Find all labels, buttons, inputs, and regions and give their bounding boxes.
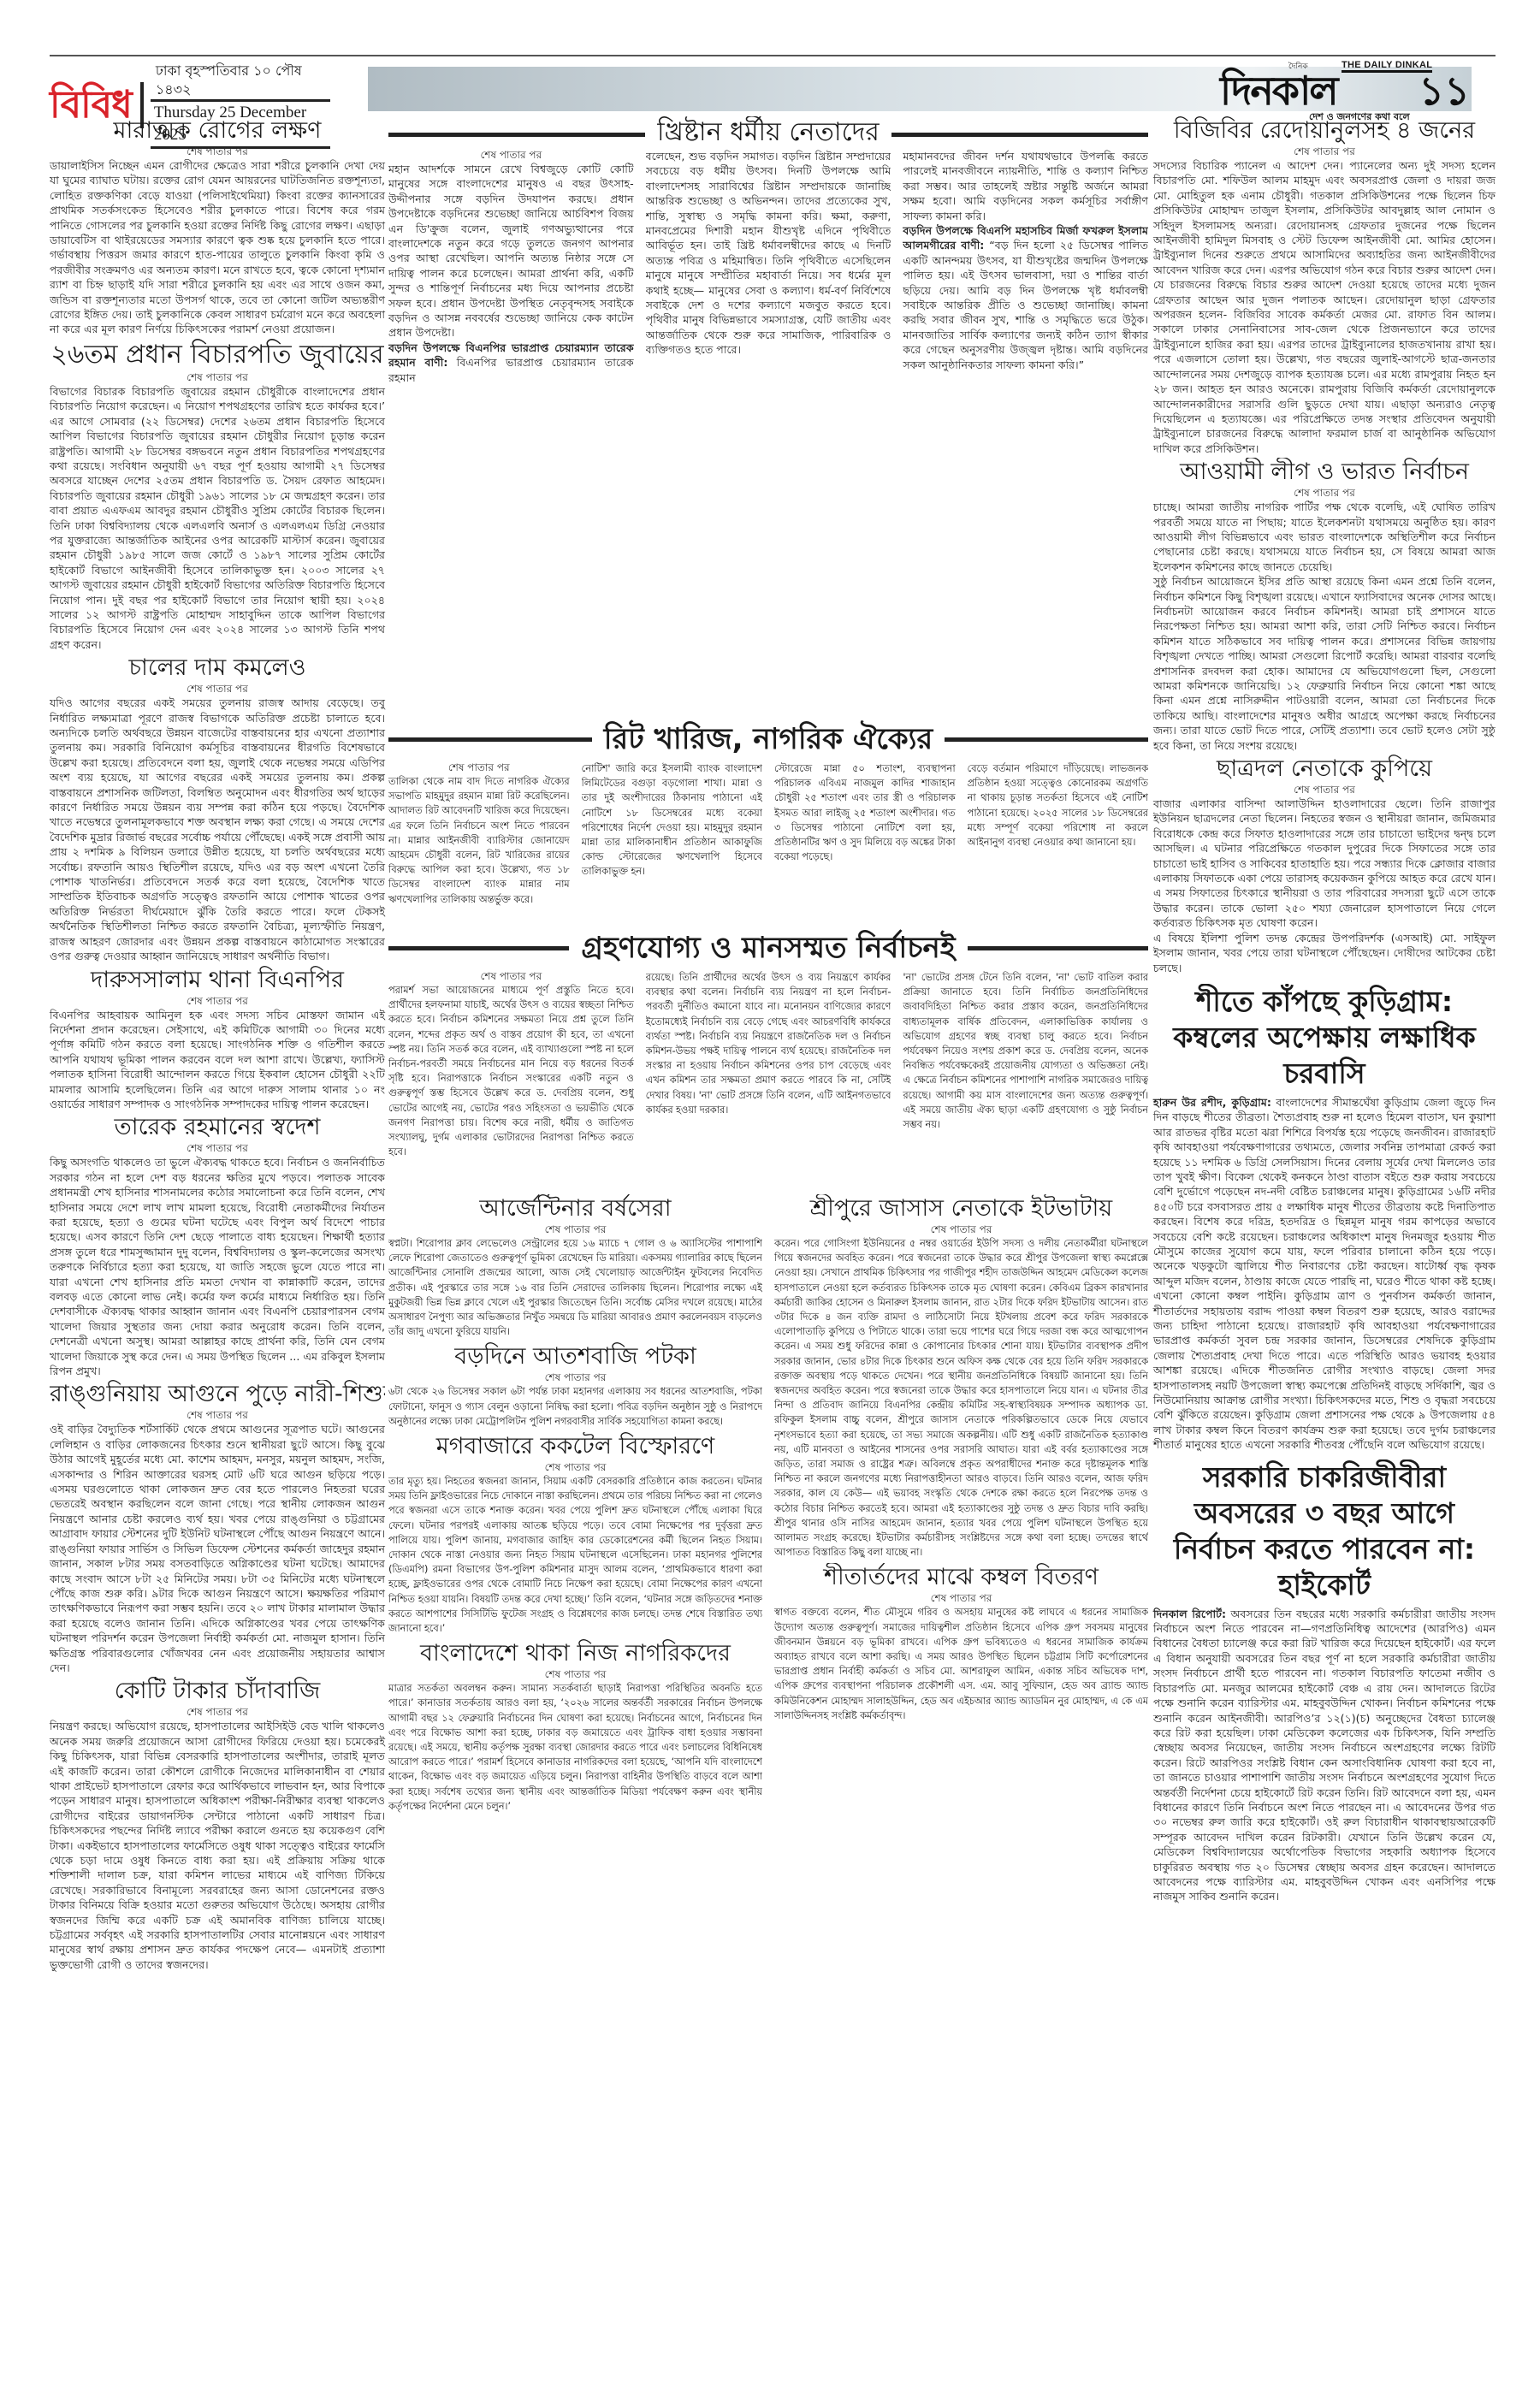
headline: রাঙ্গুনিয়ায় আগুনে পুড়ে নারী-শিশুর (50, 1380, 385, 1409)
decorative-rule (968, 946, 1148, 950)
continued-label: শেষ পাতার পর (50, 145, 385, 158)
article-fireworks: বড়দিনে আতশবাজি পটকা শেষ পাতার পর ৬টা থে… (388, 1342, 762, 1429)
article-body: স্টোরেজে মান্না ৫০ শতাংশ, ব্যবস্থাপনা পর… (774, 761, 956, 864)
headline: আর্জেন্টিনার বর্ষসেরা (388, 1194, 762, 1223)
continued-label: শেষ পাতার পর (50, 1706, 385, 1719)
article-body: তার মৃত্যু হয়। নিহতের স্বজনরা জানান, সি… (388, 1474, 762, 1636)
article-body: ৬টা থেকে ২৬ ডিসেম্বর সকাল ৬টা পর্যন্ত ঢা… (388, 1384, 762, 1429)
article-body: সদস্যের বিচারিক প্যানেল এ আদেশ দেন। প্যা… (1153, 158, 1496, 456)
continued-label: শেষ পাতার পর (1153, 145, 1496, 158)
continued-label: শেষ পাতার পর (388, 1668, 762, 1681)
article-body: রয়েছে। তিনি প্রার্থীদের অর্থের উৎস ও ব্… (646, 970, 891, 1117)
continued-label: শেষ পাতার পর (50, 1142, 385, 1155)
article-body: স্বপ্নটা। শিরোপার ক্লাব লেভেলেও সেন্ট্রা… (388, 1236, 762, 1339)
article-body: স্বাগত বক্তব্যে বলেন, শীত মৌসুমে গরিব ও … (774, 1605, 1148, 1723)
headline: বিজিবির রেদোয়ানুলসহ ৪ জনের (1153, 116, 1496, 145)
headline: তারেক রহমানের স্বদেশ (50, 1113, 385, 1142)
article-tarique-return: তারেক রহমানের স্বদেশ শেষ পাতার পর কিছু অ… (50, 1113, 385, 1378)
decorative-rule (388, 133, 645, 137)
article-body: ওই বাড়ির বৈদ্যুতিক শর্টসার্কিট থেকে প্র… (50, 1422, 385, 1675)
headline: কোটি টাকার চাঁদাবাজি (50, 1677, 385, 1706)
paper-name: দিনকাল (1220, 67, 1337, 115)
article-body: 'না' ভোটের প্রসঙ্গ টেনে তিনি বলেন, 'না' … (903, 970, 1148, 1132)
article-body: তালিকা থেকে নাম বাদ দিতে নাগরিক ঐক্যের স… (388, 774, 570, 907)
article-writ-dismissed: রিট খারিজ, নাগরিক ঐক্যের শেষ পাতার পর তা… (388, 720, 1148, 922)
byline: দিনকাল রিপোর্ট: (1153, 1607, 1226, 1620)
headline: সরকারি চাকরিজীবীরা অবসরের ৩ বছর আগে নির্… (1153, 1459, 1496, 1603)
article-acceptable-election: গ্রহণযোগ্য ও মানসম্মত নির্বাচনই শেষ পাতা… (388, 929, 1148, 1189)
headline: মগবাজারে ককটেল বিস্ফোরণে (388, 1432, 762, 1461)
article-body: বিভাগের বিচারক বিচারপতি জুবায়ের রহমান চ… (50, 384, 385, 652)
article-rangunia-fire: রাঙ্গুনিয়ায় আগুনে পুড়ে নারী-শিশুর শেষ… (50, 1380, 385, 1675)
continued-label: শেষ পাতার পর (388, 761, 570, 774)
headline: দারুসসালাম থানা বিএনপির (50, 966, 385, 995)
article-body: নোটিশ' জারি করে ইসলামী ব্যাংক বাংলাদেশ ল… (582, 761, 763, 879)
article-body: যদিও আগের বছরের একই সময়ের তুলনায় রাজস্… (50, 696, 385, 963)
article-body: কিছু অসংগতি থাকলেও তা ভুলে ঐক্যবদ্ধ থাকত… (50, 1155, 385, 1378)
page-number: ১১ (1419, 67, 1470, 115)
headline: শীতার্তদের মাঝে কম্বল বিতরণ (774, 1563, 1148, 1592)
article-body: নিয়ন্ত্রণ করছে। অভিযোগ রয়েছে, হাসপাতাল… (50, 1719, 385, 1972)
center-column: খ্রিষ্টান ধর্মীয় নেতাদের শেষ পাতার পর ম… (388, 116, 1148, 2245)
headline: শীতে কাঁপছে কুড়িগ্রাম: কম্বলের অপেক্ষায… (1153, 984, 1496, 1092)
article-body: মহান আদর্শকে সামনে রেখে বিশ্বজুড়ে কোটি … (388, 162, 634, 340)
article-body: বড়দিন উপলক্ষে বিএনপির ভারপ্রাপ্ত চেয়ার… (388, 340, 634, 385)
headline: খ্রিষ্টান ধর্মীয় নেতাদের (657, 116, 880, 149)
headline: ২৬তম প্রধান বিচারপতি জুবায়ের (50, 339, 385, 371)
article-kurigram-cold: শীতে কাঁপছে কুড়িগ্রাম: কম্বলের অপেক্ষায… (1153, 984, 1496, 1453)
article-chief-justice: ২৬তম প্রধান বিচারপতি জুবায়ের শেষ পাতার … (50, 339, 385, 652)
article-highcourt-retirement: সরকারি চাকরিজীবীরা অবসরের ৩ বছর আগে নির্… (1153, 1459, 1496, 1904)
decorative-rule (945, 737, 1148, 742)
masthead: বিবিধ ঢাকা বৃহস্পতিবার ১০ পৌষ ১৪৩২ Thurs… (50, 55, 1496, 108)
continued-label: শেষ পাতার পর (774, 1223, 1148, 1236)
article-rice-price: চালের দাম কমলেও শেষ পাতার পর যদিও আগের ব… (50, 654, 385, 963)
decorative-rule (388, 946, 569, 950)
headline: শ্রীপুরে জাসাস নেতাকে ইটভাটায় (774, 1194, 1148, 1223)
article-body: হারুন উর রশীদ, কুড়িগ্রাম: বাংলাদেশের সী… (1153, 1095, 1496, 1453)
date-bengali: ঢাকা বৃহস্পতিবার ১০ পৌষ ১৪৩২ (151, 62, 330, 102)
continued-label: শেষ পাতার পর (50, 995, 385, 1008)
article-body: ডায়ালাইসিস নিচ্ছেন এমন রোগীদের ক্ষেত্রে… (50, 158, 385, 337)
article-body: মাত্রার সতর্কতা অবলম্বন করুন। সামান্য সত… (388, 1681, 762, 1814)
article-blanket-distribution: শীতার্তদের মাঝে কম্বল বিতরণ শেষ পাতার পর… (774, 1563, 1148, 1723)
continued-label: শেষ পাতার পর (774, 1592, 1148, 1605)
left-column: মারাত্মক রোগের লক্ষণ শেষ পাতার পর ডায়াল… (50, 116, 385, 1972)
headline: বড়দিনে আতশবাজি পটকা (388, 1342, 762, 1371)
decorative-rule (388, 737, 592, 742)
continued-label: শেষ পাতার পর (1153, 487, 1496, 500)
article-bgb-trial: বিজিবির রেদোয়ানুলসহ ৪ জনের শেষ পাতার পর… (1153, 116, 1496, 456)
headline: রিট খারিজ, নাগরিক ঐক্যের (604, 720, 933, 758)
article-body: বিএনপির আহবায়ক আমিনুল হক এবং সদস্য সচিব… (50, 1008, 385, 1112)
decorative-rule (891, 133, 1148, 137)
article-body: দিনকাল রিপোর্ট: অবসরের তিন বছরের মধ্যে স… (1153, 1607, 1496, 1904)
newspaper-page: বিবিধ ঢাকা বৃহস্পতিবার ১০ পৌষ ১৪৩২ Thurs… (50, 0, 1496, 2392)
headline: গ্রহণযোগ্য ও মানসম্মত নির্বাচনই (581, 929, 955, 967)
byline: হারুন উর রশীদ, কুড়িগ্রাম: (1153, 1096, 1271, 1109)
article-body: এ বিষয়ে ইলিশা পুলিশ তদন্ত কেন্দ্রের উপপ… (1153, 931, 1496, 975)
article-body: সুষ্ঠু নির্বাচন আয়োজনে ইসির প্রতি আস্থা… (1153, 574, 1496, 753)
article-awami-india: আওয়ামী লীগ ও ভারত নির্বাচন শেষ পাতার পর… (1153, 458, 1496, 753)
article-extortion: কোটি টাকার চাঁদাবাজি শেষ পাতার পর নিয়ন্… (50, 1677, 385, 1972)
article-body: পরামর্শ সভা আয়োজনের মাধ্যমে পূর্ণ প্রস্… (388, 983, 634, 1159)
article-canada-advisory: বাংলাদেশে থাকা নিজ নাগরিকদের শেষ পাতার প… (388, 1639, 762, 1814)
article-body: বলেছেন, শুভ বড়দিন সমাগত। বড়দিন খ্রিষ্ট… (646, 149, 891, 358)
article-body: বেড়ে বর্তমান পরিমাণে দাঁড়িয়েছে। লাভজন… (968, 761, 1149, 850)
headline: মারাত্মক রোগের লক্ষণ (50, 116, 385, 145)
article-itching: মারাত্মক রোগের লক্ষণ শেষ পাতার পর ডায়াল… (50, 116, 385, 337)
article-chhatradal: ছাত্রদল নেতাকে কুপিয়ে শেষ পাতার পর বাজা… (1153, 755, 1496, 975)
continued-label: শেষ পাতার পর (50, 371, 385, 384)
article-darussalam-bnp: দারুসসালাম থানা বিএনপির শেষ পাতার পর বিএ… (50, 966, 385, 1112)
article-argentina: আর্জেন্টিনার বর্ষসেরা শেষ পাতার পর স্বপ্… (388, 1194, 762, 1339)
right-column: বিজিবির রেদোয়ানুলসহ ৪ জনের শেষ পাতার পর… (1153, 116, 1496, 1904)
continued-label: শেষ পাতার পর (388, 1461, 762, 1474)
article-moghbazar-blast: মগবাজারে ককটেল বিস্ফোরণে শেষ পাতার পর তা… (388, 1432, 762, 1636)
continued-label: শেষ পাতার পর (1153, 784, 1496, 796)
headline: বাংলাদেশে থাকা নিজ নাগরিকদের (388, 1639, 762, 1668)
paper-logo: দৈনিক THE DAILY DINKAL দিনকাল ১১ (1213, 58, 1470, 110)
continued-label: শেষ পাতার পর (388, 1223, 762, 1236)
headline: আওয়ামী লীগ ও ভারত নির্বাচন (1153, 458, 1496, 487)
article-sreepur-jasas: শ্রীপুরে জাসাস নেতাকে ইটভাটায় শেষ পাতার… (774, 1194, 1148, 1560)
continued-label: শেষ পাতার পর (50, 683, 385, 696)
article-body: বাজার এলাকার বাসিন্দা আলাউদ্দিন হাওলাদার… (1153, 796, 1496, 931)
continued-label: শেষ পাতার পর (50, 1409, 385, 1422)
article-body: বড়দিন উপলক্ষে বিএনপি মহাসচিব মির্জা ফখর… (903, 223, 1148, 372)
headline: চালের দাম কমলেও (50, 654, 385, 683)
article-body: মহামানবদের জীবন দর্শন যথাযথভাবে উপলব্ধি … (903, 149, 1148, 223)
article-christian-leaders: খ্রিষ্টান ধর্মীয় নেতাদের শেষ পাতার পর ম… (388, 116, 1148, 713)
continued-label: শেষ পাতার পর (388, 970, 634, 983)
article-body: করেন। পরে গোসিংগা ইউনিয়নের ৫ নম্বর ওয়া… (774, 1236, 1148, 1560)
headline: ছাত্রদল নেতাকে কুপিয়ে (1153, 755, 1496, 784)
continued-label: শেষ পাতার পর (388, 1371, 762, 1384)
article-body: চাচ্ছে। আমরা জাতীয় নাগরিক পার্টির পক্ষ … (1153, 500, 1496, 574)
continued-label: শেষ পাতার পর (388, 149, 634, 162)
